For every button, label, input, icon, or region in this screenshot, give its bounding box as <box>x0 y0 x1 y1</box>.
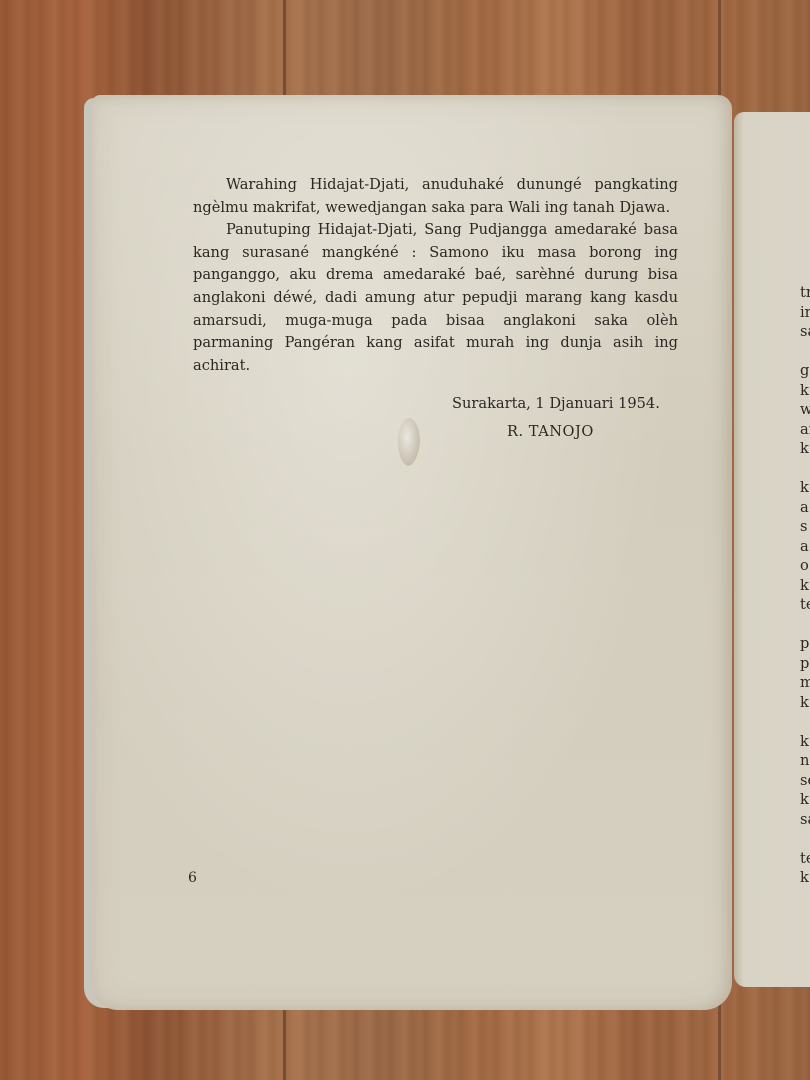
author-signature: R. TANOJO <box>507 423 594 440</box>
right-page-text-fragment: tr in sa g k w an k k a s a o k te p p m… <box>800 283 810 888</box>
page-number: 6 <box>188 870 197 886</box>
right-page <box>734 112 810 987</box>
body-text: Warahing Hidajat-Djati, anuduhaké dunung… <box>193 174 678 377</box>
paragraph-2: Panutuping Hidajat-Djati, Sang Pudjangga… <box>193 219 678 377</box>
place-date: Surakarta, 1 Djanuari 1954. <box>452 395 660 412</box>
paper-crease <box>398 418 420 466</box>
paragraph-1: Warahing Hidajat-Djati, anuduhaké dunung… <box>193 174 678 219</box>
